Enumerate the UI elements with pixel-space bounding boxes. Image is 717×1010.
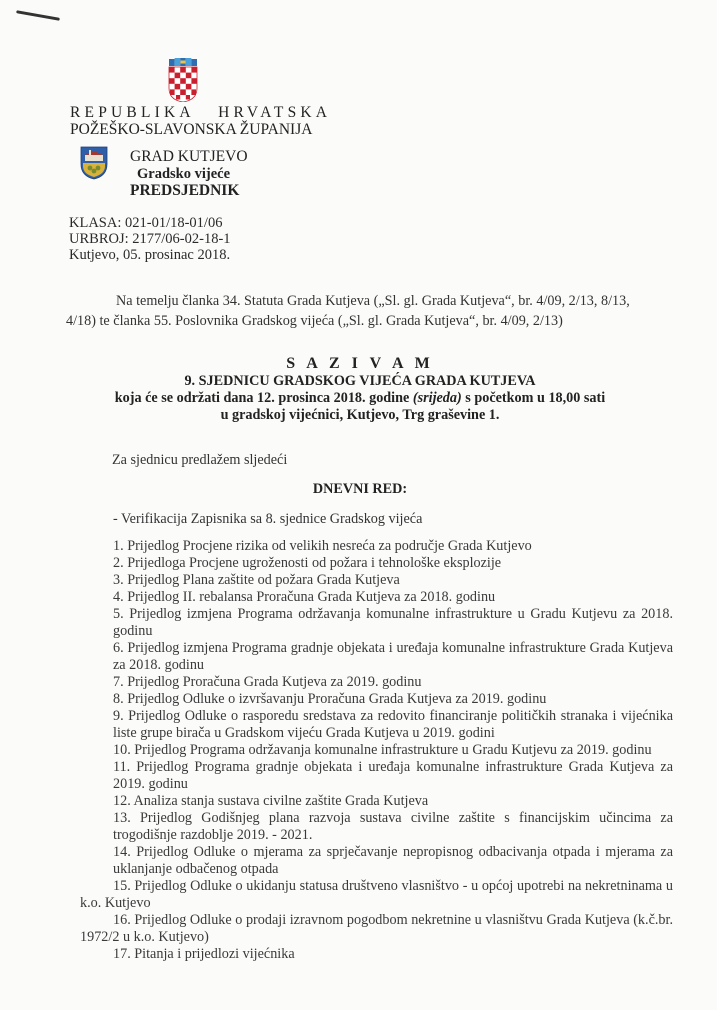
agenda-preliminary-item: - Verifikacija Zapisnika sa 8. sjednice … [113,511,422,528]
agenda-item: 10. Prijedlog Programa održavanja komuna… [113,742,673,759]
session-weekday: (srijeda) [413,390,462,406]
agenda-item: 1. Prijedlog Procjene rizika od velikih … [113,538,673,555]
agenda-item-text: 6. Prijedlog izmjena Programa gradnje ob… [113,640,673,674]
agenda-item: 11. Prijedlog Programa gradnje objekata … [113,759,673,793]
city-name: GRAD KUTJEVO [130,148,248,166]
urbroj-number: URBROJ: 2177/06-02-18-1 [69,231,231,247]
agenda-item-text: 9. Prijedlog Odluke o rasporedu sredstav… [113,708,673,742]
agenda-item: 17. Pitanja i prijedlozi vijećnika [113,946,673,963]
kutjevo-crest-icon [80,146,108,180]
session-title: 9. SJEDNICU GRADSKOG VIJEĆA GRADA KUTJEV… [60,373,660,390]
agenda-item-text: 7. Prijedlog Proračuna Grada Kutjeva za … [113,674,673,691]
legal-basis-line-1: Na temelju članka 34. Statuta Grada Kutj… [66,291,666,311]
place-date: Kutjevo, 05. prosinac 2018. [69,247,231,263]
agenda-item: 13. Prijedlog Godišnjeg plana razvoja su… [113,810,673,844]
legal-basis-line-2: 4/18) te članka 55. Poslovnika Gradskog … [66,311,666,331]
agenda-item-text: 1. Prijedlog Procjene rizika od velikih … [113,538,673,555]
agenda-item: 9. Prijedlog Odluke o rasporedu sredstav… [113,708,673,742]
agenda-item: 2. Prijedloga Procjene ugroženosti od po… [113,555,673,572]
agenda-item-text: 13. Prijedlog Godišnjeg plana razvoja su… [113,810,673,844]
agenda-item-text: 5. Prijedlog izmjena Programa održavanja… [113,606,673,640]
country-name: REPUBLIKA HRVATSKA [70,104,331,122]
session-location: u gradskoj vijećnici, Kutjevo, Trg graše… [60,407,660,424]
session-start: s početkom u 18,00 sati [462,390,605,406]
agenda-item: 8. Prijedlog Odluke o izvršavanju Prorač… [113,691,673,708]
agenda-item: 14. Prijedlog Odluke o mjerama za sprječ… [113,844,673,878]
office-title: PREDSJEDNIK [130,182,239,200]
agenda-item-text: 10. Prijedlog Programa održavanja komuna… [113,742,673,759]
agenda-item: 15. Prijedlog Odluke o ukidanju statusa … [80,878,673,912]
session-date: koja će se održati dana 12. prosinca 201… [115,390,413,406]
legal-basis-paragraph: Na temelju članka 34. Statuta Grada Kutj… [66,291,666,331]
pen-stroke-mark [16,10,60,21]
agenda-item: 5. Prijedlog izmjena Programa održavanja… [113,606,673,640]
county-name: POŽEŠKO-SLAVONSKA ŽUPANIJA [70,121,312,139]
agenda-item-text: 15. Prijedlog Odluke o ukidanju statusa … [80,878,673,912]
agenda-title: DNEVNI RED: [60,481,660,498]
agenda-item: 7. Prijedlog Proračuna Grada Kutjeva za … [113,674,673,691]
agenda-item-text: 12. Analiza stanja sustava civilne zašti… [113,793,673,810]
document-page: REPUBLIKA HRVATSKA POŽEŠKO-SLAVONSKA ŽUP… [0,0,717,1010]
croatian-coat-of-arms-icon [168,58,198,102]
agenda-item: 12. Analiza stanja sustava civilne zašti… [113,793,673,810]
agenda-item-text: 11. Prijedlog Programa gradnje objekata … [113,759,673,793]
agenda-item: 6. Prijedlog izmjena Programa gradnje ob… [113,640,673,674]
agenda-item-text: 8. Prijedlog Odluke o izvršavanju Prorač… [113,691,673,708]
agenda-item-text: 4. Prijedlog II. rebalansa Proračuna Gra… [113,589,673,606]
agenda-item: 4. Prijedlog II. rebalansa Proračuna Gra… [113,589,673,606]
agenda-item-text: 17. Pitanja i prijedlozi vijećnika [113,946,673,963]
agenda-item-text: 2. Prijedloga Procjene ugroženosti od po… [113,555,673,572]
convocation-title: S A Z I V A M [60,355,660,373]
session-time: koja će se održati dana 12. prosinca 201… [60,390,660,407]
klasa-number: KLASA: 021-01/18-01/06 [69,215,231,231]
reference-block: KLASA: 021-01/18-01/06 URBROJ: 2177/06-0… [69,215,231,263]
proposal-intro: Za sjednicu predlažem sljedeći [112,452,287,469]
council-name: Gradsko vijeće [137,166,230,183]
agenda-item: 16. Prijedlog Odluke o prodaji izravnom … [80,912,673,946]
agenda-item: 3. Prijedlog Plana zaštite od požara Gra… [113,572,673,589]
agenda-item-text: 3. Prijedlog Plana zaštite od požara Gra… [113,572,673,589]
agenda-item-text: 14. Prijedlog Odluke o mjerama za sprječ… [113,844,673,878]
agenda-item-text: 16. Prijedlog Odluke o prodaji izravnom … [80,912,673,946]
